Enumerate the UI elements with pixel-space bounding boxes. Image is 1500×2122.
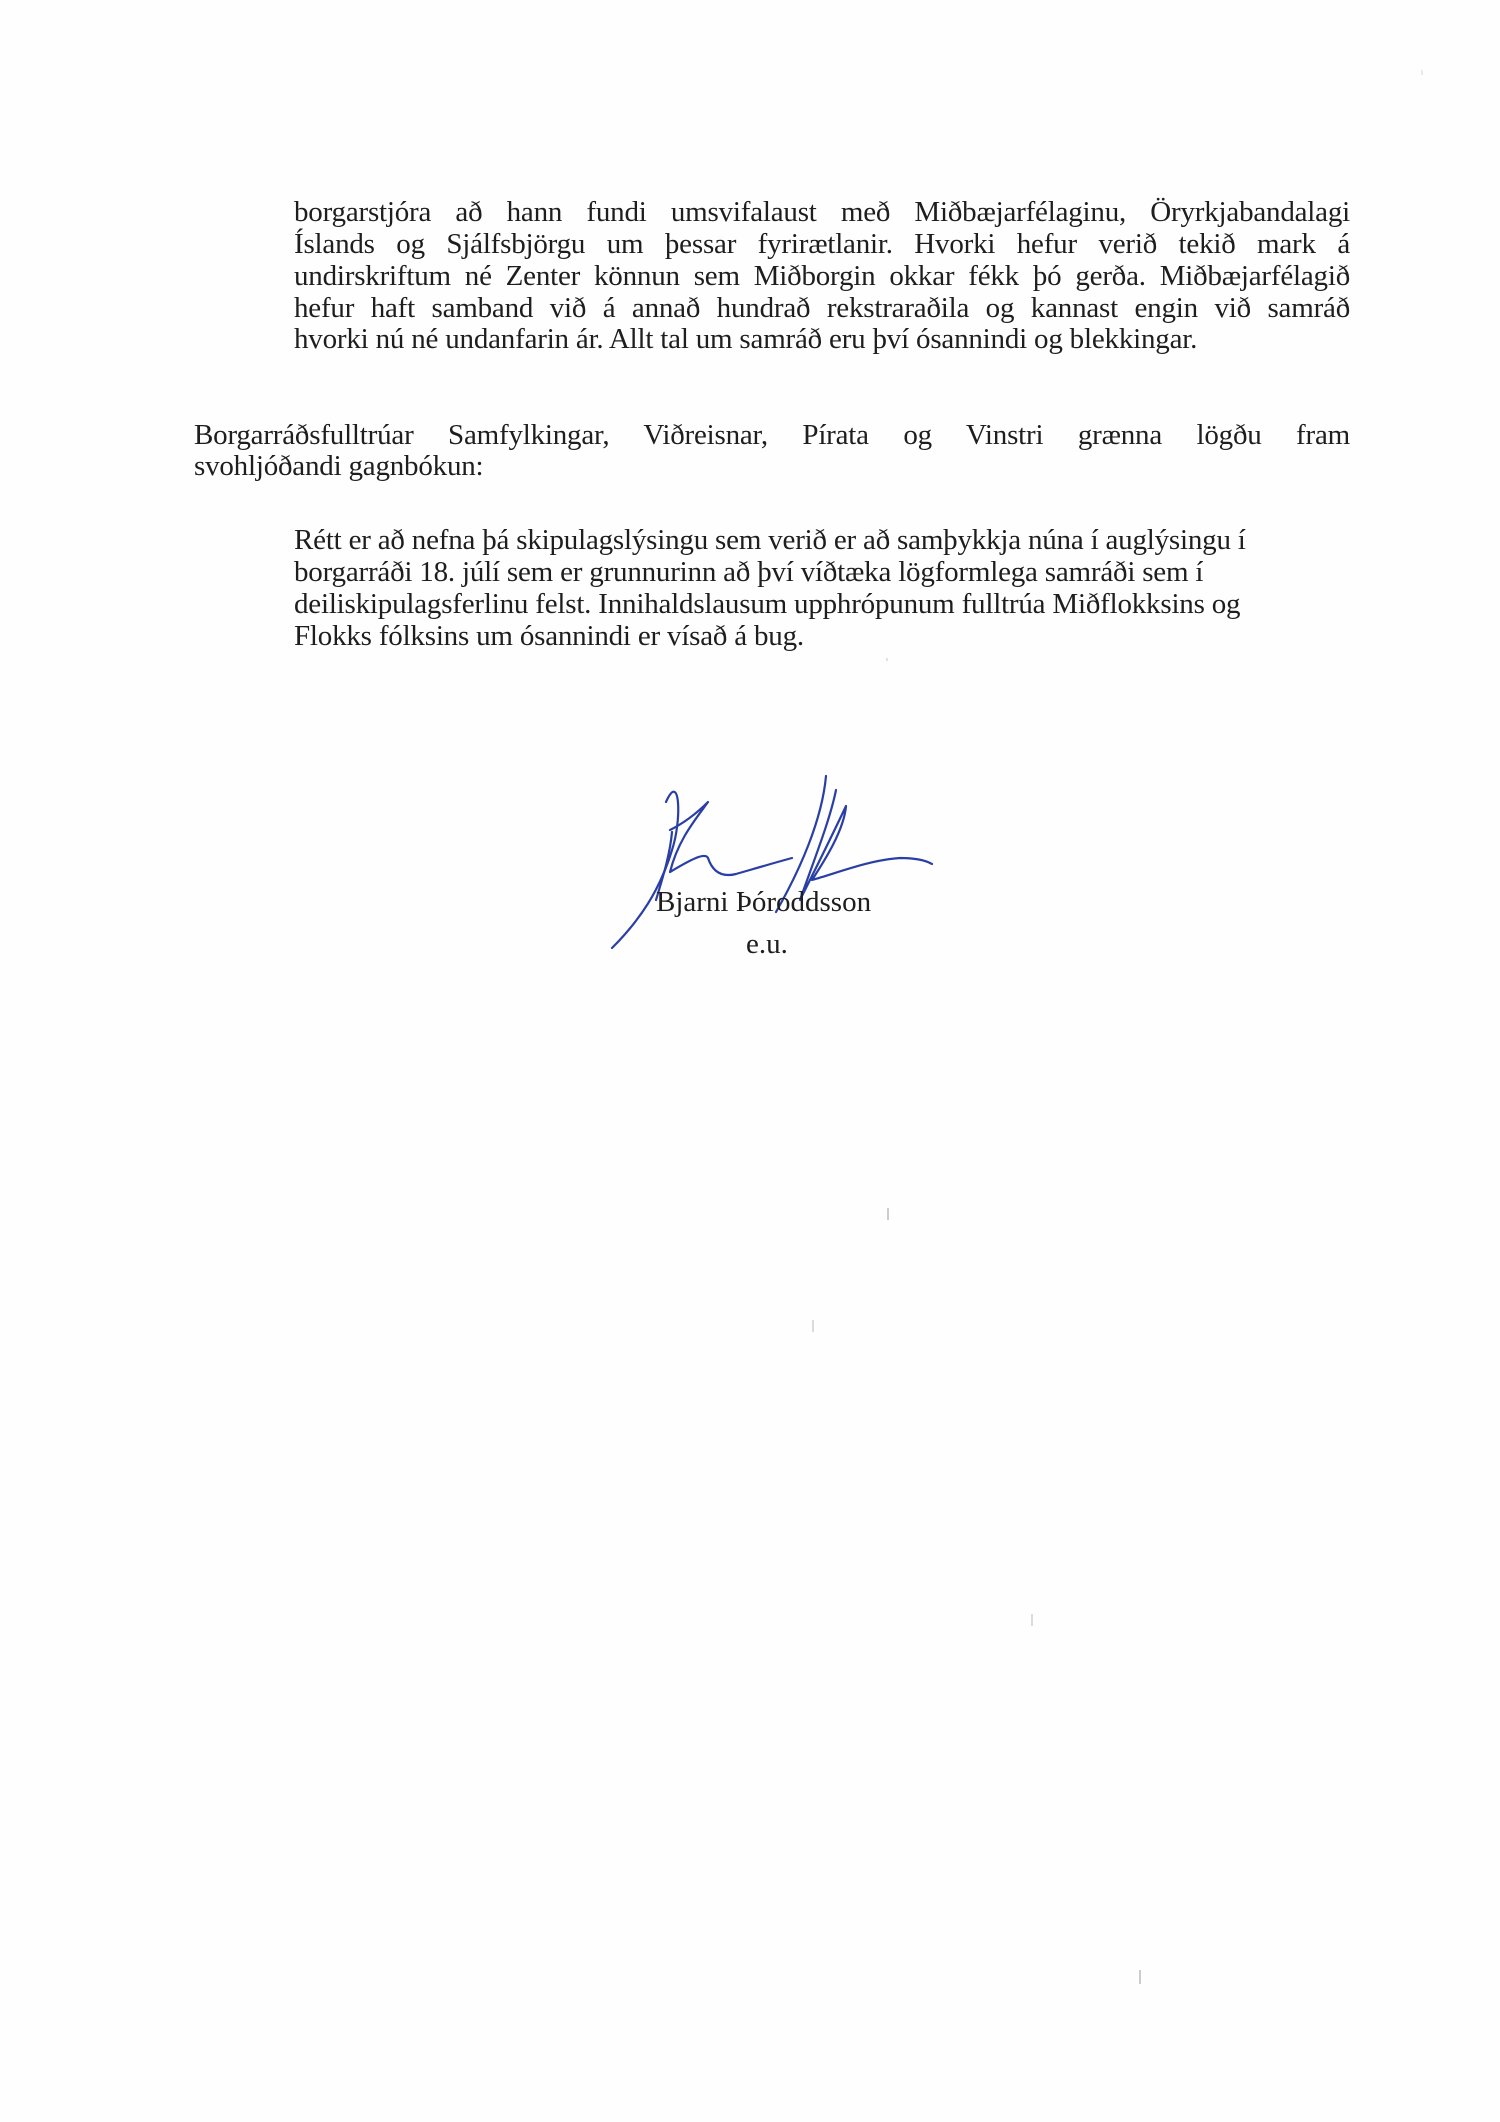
scan-speck <box>1139 1970 1141 1984</box>
scanned-page: borgarstjóra að hann fundi umsvifalaust … <box>0 0 1500 2122</box>
text-line: Íslands og Sjálfsbjörgu um þessar fyriræ… <box>294 230 1350 259</box>
text-line: borgarstjóra að hann fundi umsvifalaust … <box>294 198 1350 227</box>
text-line: Borgarráðsfulltrúar Samfylkingar, Viðrei… <box>194 421 1350 450</box>
text-line: hefur haft samband við á annað hundrað r… <box>294 294 1350 323</box>
text-line: svohljóðandi gagnbókun: <box>194 452 483 481</box>
signatory-name: Bjarni Þóroddsson <box>656 888 871 917</box>
text-line: borgarráði 18. júlí sem er grunnurinn að… <box>294 558 1203 587</box>
scan-speck <box>1031 1614 1033 1626</box>
signatory-role: e.u. <box>746 930 788 959</box>
text-line: undirskriftum né Zenter könnun sem Miðbo… <box>294 262 1350 291</box>
scan-speck <box>812 1320 814 1332</box>
scan-speck <box>1421 70 1423 75</box>
scan-speck <box>886 658 888 661</box>
text-line: Flokks fólksins um ósannindi er vísað á … <box>294 622 804 651</box>
text-line: deiliskipulagsferlinu felst. Innihaldsla… <box>294 590 1240 619</box>
scan-speck <box>887 1208 889 1220</box>
text-line: hvorki nú né undanfarin ár. Allt tal um … <box>294 325 1197 354</box>
text-line: Rétt er að nefna þá skipulagslýsingu sem… <box>294 526 1246 555</box>
